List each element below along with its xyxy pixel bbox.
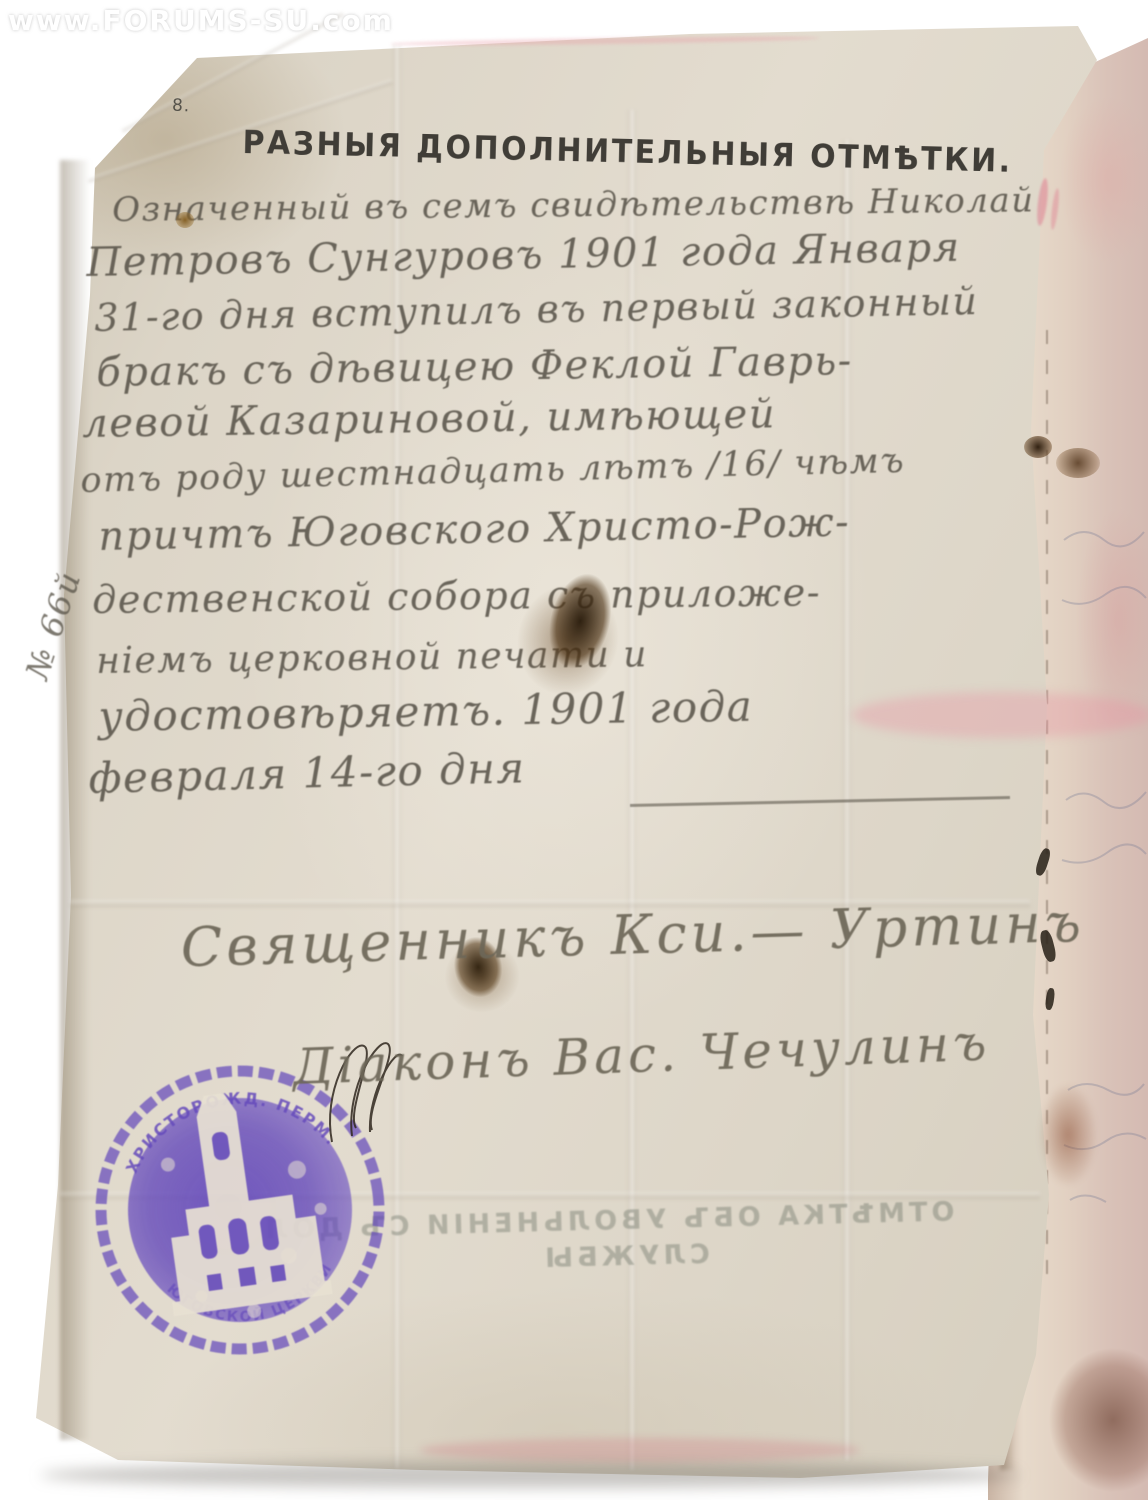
handwritten-line: удостовѣряетъ. 1901 года (98, 682, 754, 741)
burn-spot (1056, 448, 1100, 478)
photo-of-document: 8. РАЗНЫЯ ДОПОЛНИТЕЛЬНЫЯ ОТМѢТКИ. Означе… (0, 0, 1148, 1500)
handwritten-line: ніемъ церковной печати и (96, 634, 648, 682)
handwritten-line: дественской собора съ приложе- (92, 570, 821, 622)
reddish-smudge (1040, 1085, 1096, 1185)
page-drop-shadow (40, 1462, 1020, 1488)
burn-spot (1024, 436, 1052, 458)
site-watermark: www.FORUMS-SU.com (8, 4, 394, 37)
page-number: 8. (172, 96, 191, 117)
page-left-edge-shading (60, 160, 90, 1440)
handwritten-line: левой Казариновой, имѣющей (82, 391, 776, 447)
